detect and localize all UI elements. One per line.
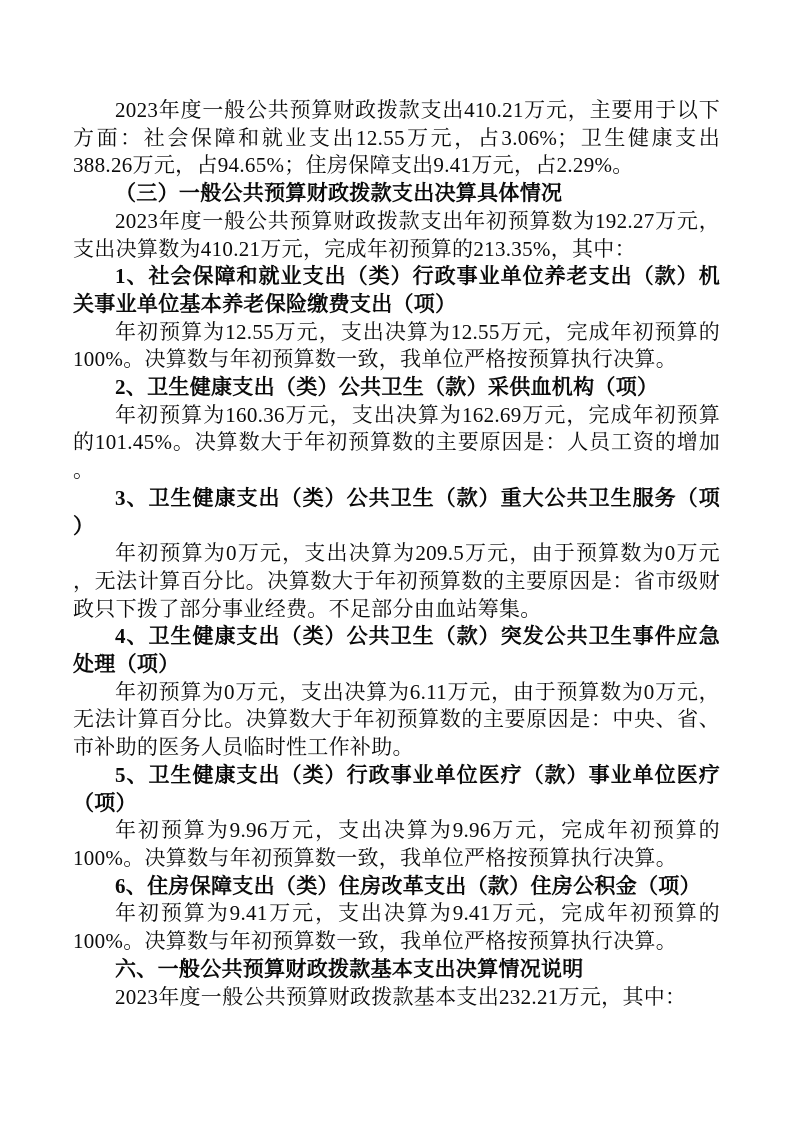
- text-line: 2023年度一般公共预算财政拨款支出年初预算数为192.27万元，: [73, 208, 720, 236]
- section-heading: （三）一般公共预算财政拨款支出决算具体情况: [73, 180, 720, 208]
- heading-line: 处理（项）: [73, 651, 720, 679]
- heading-line: 1、社会保障和就业支出（类）行政事业单位养老支出（款）机: [73, 263, 720, 291]
- text-line: 388.26万元，占94.65%；住房保障支出9.41万元，占2.29%。: [73, 152, 720, 180]
- section-heading: 4、卫生健康支出（类）公共卫生（款）突发公共卫生事件应急处理（项）: [73, 623, 720, 678]
- text-line: 2023年度一般公共预算财政拨款支出410.21万元，主要用于以下: [73, 97, 720, 125]
- paragraph: 2023年度一般公共预算财政拨款基本支出232.21万元，其中：: [73, 984, 720, 1012]
- text-line: 100%。决算数与年初预算数一致，我单位严格按预算执行决算。: [73, 928, 720, 956]
- section-heading: 6、住房保障支出（类）住房改革支出（款）住房公积金（项）: [73, 873, 720, 901]
- paragraph: 年初预算为160.36万元，支出决算为162.69万元，完成年初预算的101.4…: [73, 402, 720, 485]
- paragraph: 年初预算为0万元，支出决算为6.11万元，由于预算数为0万元，无法计算百分比。决…: [73, 679, 720, 762]
- text-line: ，无法计算百分比。决算数大于年初预算数的主要原因是：省市级财: [73, 568, 720, 596]
- heading-line: 3、卫生健康支出（类）公共卫生（款）重大公共卫生服务（项: [73, 485, 720, 513]
- text-line: 年初预算为12.55万元，支出决算为12.55万元，完成年初预算的: [73, 319, 720, 347]
- paragraph: 年初预算为9.96万元，支出决算为9.96万元，完成年初预算的100%。决算数与…: [73, 817, 720, 872]
- text-line: 方面：社会保障和就业支出12.55万元，占3.06%；卫生健康支出: [73, 125, 720, 153]
- text-line: 年初预算为0万元，支出决算为6.11万元，由于预算数为0万元，: [73, 679, 720, 707]
- heading-line: 5、卫生健康支出（类）行政事业单位医疗（款）事业单位医疗: [73, 762, 720, 790]
- heading-line: 关事业单位基本养老保险缴费支出（项）: [73, 291, 720, 319]
- text-line: 支出决算数为410.21万元，完成年初预算的213.35%，其中：: [73, 236, 720, 264]
- text-line: 政只下拨了部分事业经费。不足部分由血站筹集。: [73, 596, 720, 624]
- document-content: 2023年度一般公共预算财政拨款支出410.21万元，主要用于以下方面：社会保障…: [73, 97, 720, 1011]
- heading-line: 6、住房保障支出（类）住房改革支出（款）住房公积金（项）: [73, 873, 720, 901]
- paragraph: 2023年度一般公共预算财政拨款支出410.21万元，主要用于以下方面：社会保障…: [73, 97, 720, 180]
- text-line: 100%。决算数与年初预算数一致，我单位严格按预算执行决算。: [73, 346, 720, 374]
- heading-line: 4、卫生健康支出（类）公共卫生（款）突发公共卫生事件应急: [73, 623, 720, 651]
- text-line: 年初预算为9.41万元，支出决算为9.41万元，完成年初预算的: [73, 900, 720, 928]
- text-line: 100%。决算数与年初预算数一致，我单位严格按预算执行决算。: [73, 845, 720, 873]
- text-line: 年初预算为160.36万元，支出决算为162.69万元，完成年初预算: [73, 402, 720, 430]
- text-line: 的101.45%。决算数大于年初预算数的主要原因是：人员工资的增加: [73, 429, 720, 457]
- section-heading: 5、卫生健康支出（类）行政事业单位医疗（款）事业单位医疗（项）: [73, 762, 720, 817]
- paragraph: 2023年度一般公共预算财政拨款支出年初预算数为192.27万元，支出决算数为4…: [73, 208, 720, 263]
- heading-line: （三）一般公共预算财政拨款支出决算具体情况: [73, 180, 720, 208]
- section-heading: 六、一般公共预算财政拨款基本支出决算情况说明: [73, 956, 720, 984]
- document-page: 2023年度一般公共预算财政拨款支出410.21万元，主要用于以下方面：社会保障…: [0, 0, 793, 1122]
- heading-line: 六、一般公共预算财政拨款基本支出决算情况说明: [73, 956, 720, 984]
- section-heading: 1、社会保障和就业支出（类）行政事业单位养老支出（款）机关事业单位基本养老保险缴…: [73, 263, 720, 318]
- paragraph: 年初预算为0万元，支出决算为209.5万元，由于预算数为0万元，无法计算百分比。…: [73, 540, 720, 623]
- text-line: 。: [73, 457, 720, 485]
- text-line: 无法计算百分比。决算数大于年初预算数的主要原因是：中央、省、: [73, 706, 720, 734]
- paragraph: 年初预算为9.41万元，支出决算为9.41万元，完成年初预算的100%。决算数与…: [73, 900, 720, 955]
- heading-line: 2、卫生健康支出（类）公共卫生（款）采供血机构（项）: [73, 374, 720, 402]
- section-heading: 2、卫生健康支出（类）公共卫生（款）采供血机构（项）: [73, 374, 720, 402]
- text-line: 2023年度一般公共预算财政拨款基本支出232.21万元，其中：: [73, 984, 720, 1012]
- heading-line: （项）: [73, 790, 720, 818]
- section-heading: 3、卫生健康支出（类）公共卫生（款）重大公共卫生服务（项）: [73, 485, 720, 540]
- heading-line: ）: [73, 513, 720, 541]
- text-line: 年初预算为9.96万元，支出决算为9.96万元，完成年初预算的: [73, 817, 720, 845]
- paragraph: 年初预算为12.55万元，支出决算为12.55万元，完成年初预算的100%。决算…: [73, 319, 720, 374]
- text-line: 市补助的医务人员临时性工作补助。: [73, 734, 720, 762]
- text-line: 年初预算为0万元，支出决算为209.5万元，由于预算数为0万元: [73, 540, 720, 568]
